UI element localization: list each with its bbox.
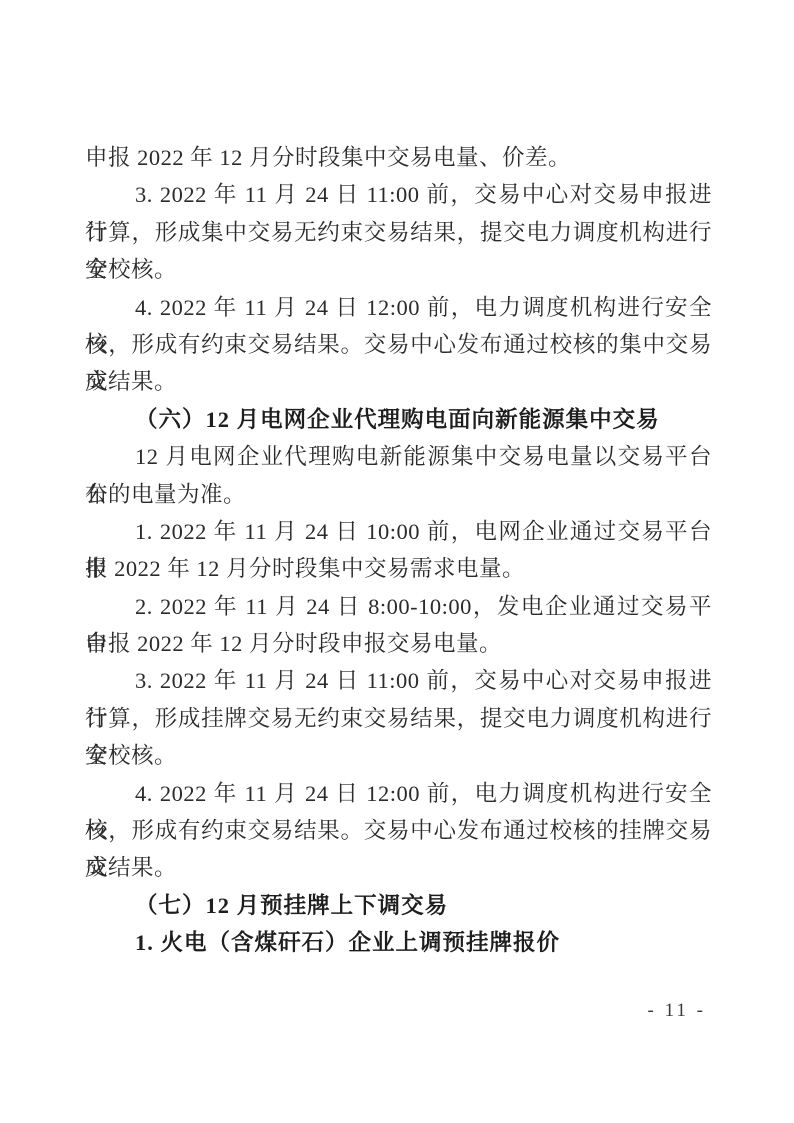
text-line: 报 2022 年 12 月分时段集中交易需求电量。 [85,550,712,587]
text-line: 计算，形成集中交易无约束交易结果，提交电力调度机构进行安 [85,214,712,251]
text-line: 全校核。 [85,251,712,288]
text-line: 布的电量为准。 [85,476,712,513]
text-line: 核，形成有约束交易结果。交易中心发布通过校核的集中交易成 [85,326,712,363]
text-line: 4. 2022 年 11 月 24 日 12:00 前，电力调度机构进行安全校 [85,289,712,326]
text-line: 4. 2022 年 11 月 24 日 12:00 前，电力调度机构进行安全校 [85,775,712,812]
section-heading-6: （六）12 月电网企业代理购电面向新能源集中交易 [85,401,712,438]
text-line: 全校核。 [85,737,712,774]
text-line: 交结果。 [85,849,712,886]
text-line: 12 月电网企业代理购电新能源集中交易电量以交易平台公 [85,438,712,475]
document-page: 申报 2022 年 12 月分时段集中交易电量、价差。 3. 2022 年 11… [0,0,794,1123]
text-line: 1. 2022 年 11 月 24 日 10:00 前，电网企业通过交易平台申 [85,513,712,550]
sub-heading-1: 1. 火电（含煤矸石）企业上调预挂牌报价 [85,924,712,961]
text-line: 核，形成有约束交易结果。交易中心发布通过校核的挂牌交易成 [85,812,712,849]
page-number: - 11 - [648,1000,706,1022]
text-line: 计算，形成挂牌交易无约束交易结果，提交电力调度机构进行安 [85,700,712,737]
text-line: 3. 2022 年 11 月 24 日 11:00 前，交易中心对交易申报进行 [85,662,712,699]
text-line: 申报 2022 年 12 月分时段申报交易电量。 [85,625,712,662]
text-line: 申报 2022 年 12 月分时段集中交易电量、价差。 [85,139,712,176]
text-line: 2. 2022 年 11 月 24 日 8:00-10:00，发电企业通过交易平… [85,588,712,625]
text-line: 3. 2022 年 11 月 24 日 11:00 前，交易中心对交易申报进行 [85,176,712,213]
text-line: 交结果。 [85,363,712,400]
section-heading-7: （七）12 月预挂牌上下调交易 [85,887,712,924]
document-body: 申报 2022 年 12 月分时段集中交易电量、价差。 3. 2022 年 11… [85,139,712,962]
